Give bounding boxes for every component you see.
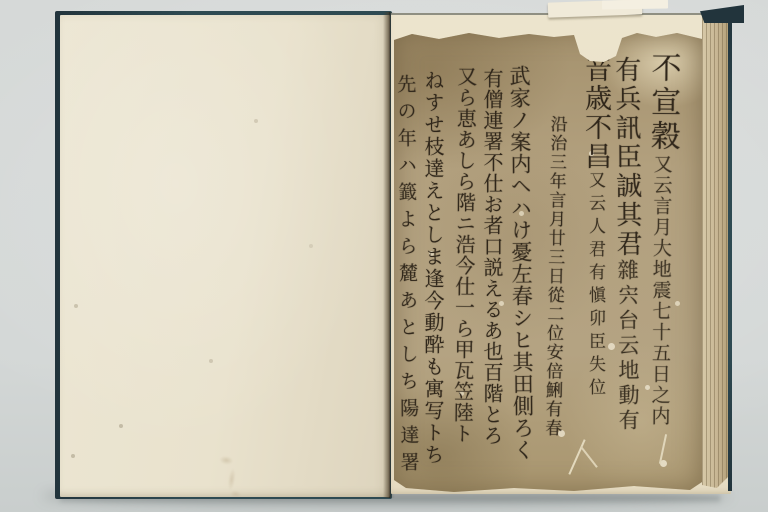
paper-scratch <box>659 434 667 464</box>
aged-paper-area: 不宣穀又云言月大地震七十五日之内 有兵訊臣誠其君雜宍台云地動有 音歳不昌又云人君… <box>394 30 702 492</box>
column-text: 音歳不昌 <box>580 55 611 171</box>
left-page <box>60 15 390 497</box>
text-column-2: 有兵訊臣誠其君雜宍台云地動有 <box>613 56 642 434</box>
column-text: 不宣穀 <box>645 52 681 154</box>
text-column-5: 武家ノ案内ヘハけ憂左春シヒ其田側ろく <box>508 65 533 461</box>
column-annotation: 又云人君有愼卯臣失位 <box>585 171 605 401</box>
book-cover-corner <box>700 5 744 23</box>
photo-background: 不宣穀又云言月大地震七十五日之内 有兵訊臣誠其君雜宍台云地動有 音歳不昌又云人君… <box>0 0 768 512</box>
paper-scratch <box>568 439 585 475</box>
faint-ink-smudge <box>209 451 251 504</box>
column-text: 有僧連署不仕お者口説えるあ也百階とろ <box>480 68 504 446</box>
column-text: 沿治三年言月廿三日從二位安倍鯏有春 <box>541 115 567 438</box>
column-text: 先の年ハ籖よら麓あとしち陽達署 <box>394 74 420 479</box>
column-text: 有兵訊臣誠其君 <box>611 56 642 259</box>
protruding-page-corner-2 <box>602 0 668 10</box>
text-column-1: 不宣穀又云言月大地震七十五日之内 <box>644 52 677 427</box>
column-annotation: 雜宍台云地動有 <box>615 259 640 434</box>
column-annotation: 又云言月大地震七十五日之内 <box>648 154 672 427</box>
column-text: 武家ノ案内ヘハけ憂左春シヒ其田側ろく <box>507 65 535 461</box>
text-column-3: 音歳不昌又云人君有愼卯臣失位 <box>582 55 609 401</box>
book-cover-right-edge <box>728 14 732 491</box>
text-column-7: 又ら恵あしら階ニ浩今仕一ら甲瓦笠陸ト <box>452 66 476 444</box>
paper-speckles <box>60 15 62 17</box>
column-text: ねすせ枝達えとしま逢今動酔も寓写トち <box>421 70 445 466</box>
column-text: 又ら恵あしら階ニ浩今仕一ら甲瓦笠陸ト <box>450 66 478 444</box>
text-column-9: 先の年ハ籖よら麓あとしち陽達署 <box>395 74 418 479</box>
text-column-8: ねすせ枝達えとしま逢今動酔も寓写トち <box>423 70 443 466</box>
text-column-6: 有僧連署不仕お者口説えるあ也百階とろ <box>482 68 502 446</box>
paper-scratch <box>580 446 598 468</box>
page-stack-fore-edge <box>702 16 729 488</box>
text-column-4: 沿治三年言月廿三日從二位安倍鯏有春 <box>542 115 565 438</box>
